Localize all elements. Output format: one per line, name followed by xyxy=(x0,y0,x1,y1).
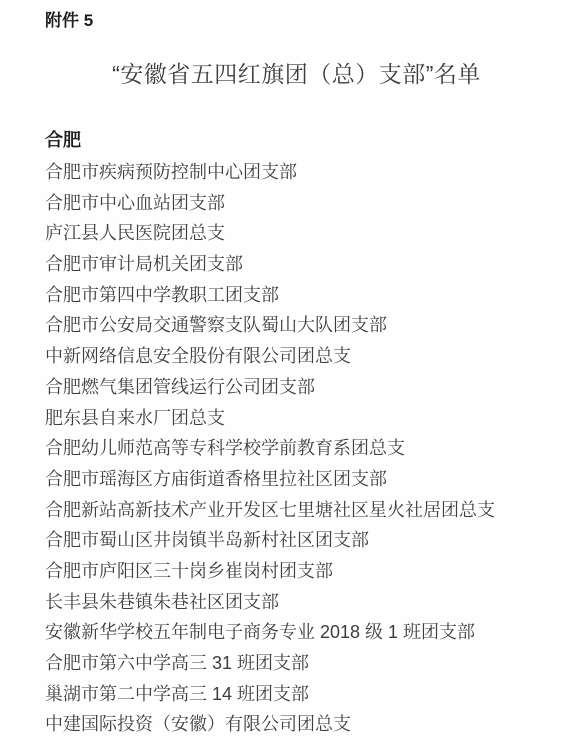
branch-list: 合肥市疾病预防控制中心团支部合肥市中心血站团支部庐江县人民医院团总支合肥市审计局… xyxy=(45,157,548,740)
list-item: 合肥市中心血站团支部 xyxy=(45,188,548,219)
list-item: 长丰县朱巷镇朱巷社区团支部 xyxy=(45,587,548,618)
list-item: 巢湖市第二中学高三 14 班团支部 xyxy=(45,679,548,710)
list-item: 安徽新华学校五年制电子商务专业 2018 级 1 班团支部 xyxy=(45,617,548,648)
list-item: 合肥新站高新技术产业开发区七里塘社区星火社居团总支 xyxy=(45,495,548,526)
attachment-label: 附件 5 xyxy=(45,0,548,32)
list-item: 庐江县人民医院团总支 xyxy=(45,218,548,249)
document-page: 附件 5 “安徽省五四红旗团（总）支部”名单 合肥 合肥市疾病预防控制中心团支部… xyxy=(0,0,588,741)
list-item: 合肥市审计局机关团支部 xyxy=(45,249,548,280)
list-item: 合肥市第六中学高三 31 班团支部 xyxy=(45,648,548,679)
list-item: 中新网络信息安全股份有限公司团总支 xyxy=(45,341,548,372)
list-item: 合肥幼儿师范高等专科学校学前教育系团总支 xyxy=(45,433,548,464)
list-item: 合肥市瑶海区方庙街道香格里拉社区团支部 xyxy=(45,464,548,495)
list-item: 合肥燃气集团管线运行公司团支部 xyxy=(45,372,548,403)
list-item: 合肥市公安局交通警察支队蜀山大队团支部 xyxy=(45,310,548,341)
list-item: 合肥市蜀山区井岗镇半岛新村社区团支部 xyxy=(45,525,548,556)
list-item: 合肥市第四中学教职工团支部 xyxy=(45,280,548,311)
list-item: 中建国际投资（安徽）有限公司团总支 xyxy=(45,709,548,740)
document-title: “安徽省五四红旗团（总）支部”名单 xyxy=(45,59,548,90)
list-item: 合肥市疾病预防控制中心团支部 xyxy=(45,157,548,188)
city-heading: 合肥 xyxy=(45,127,548,153)
list-item: 合肥市庐阳区三十岗乡崔岗村团支部 xyxy=(45,556,548,587)
list-item: 肥东县自来水厂团总支 xyxy=(45,403,548,434)
